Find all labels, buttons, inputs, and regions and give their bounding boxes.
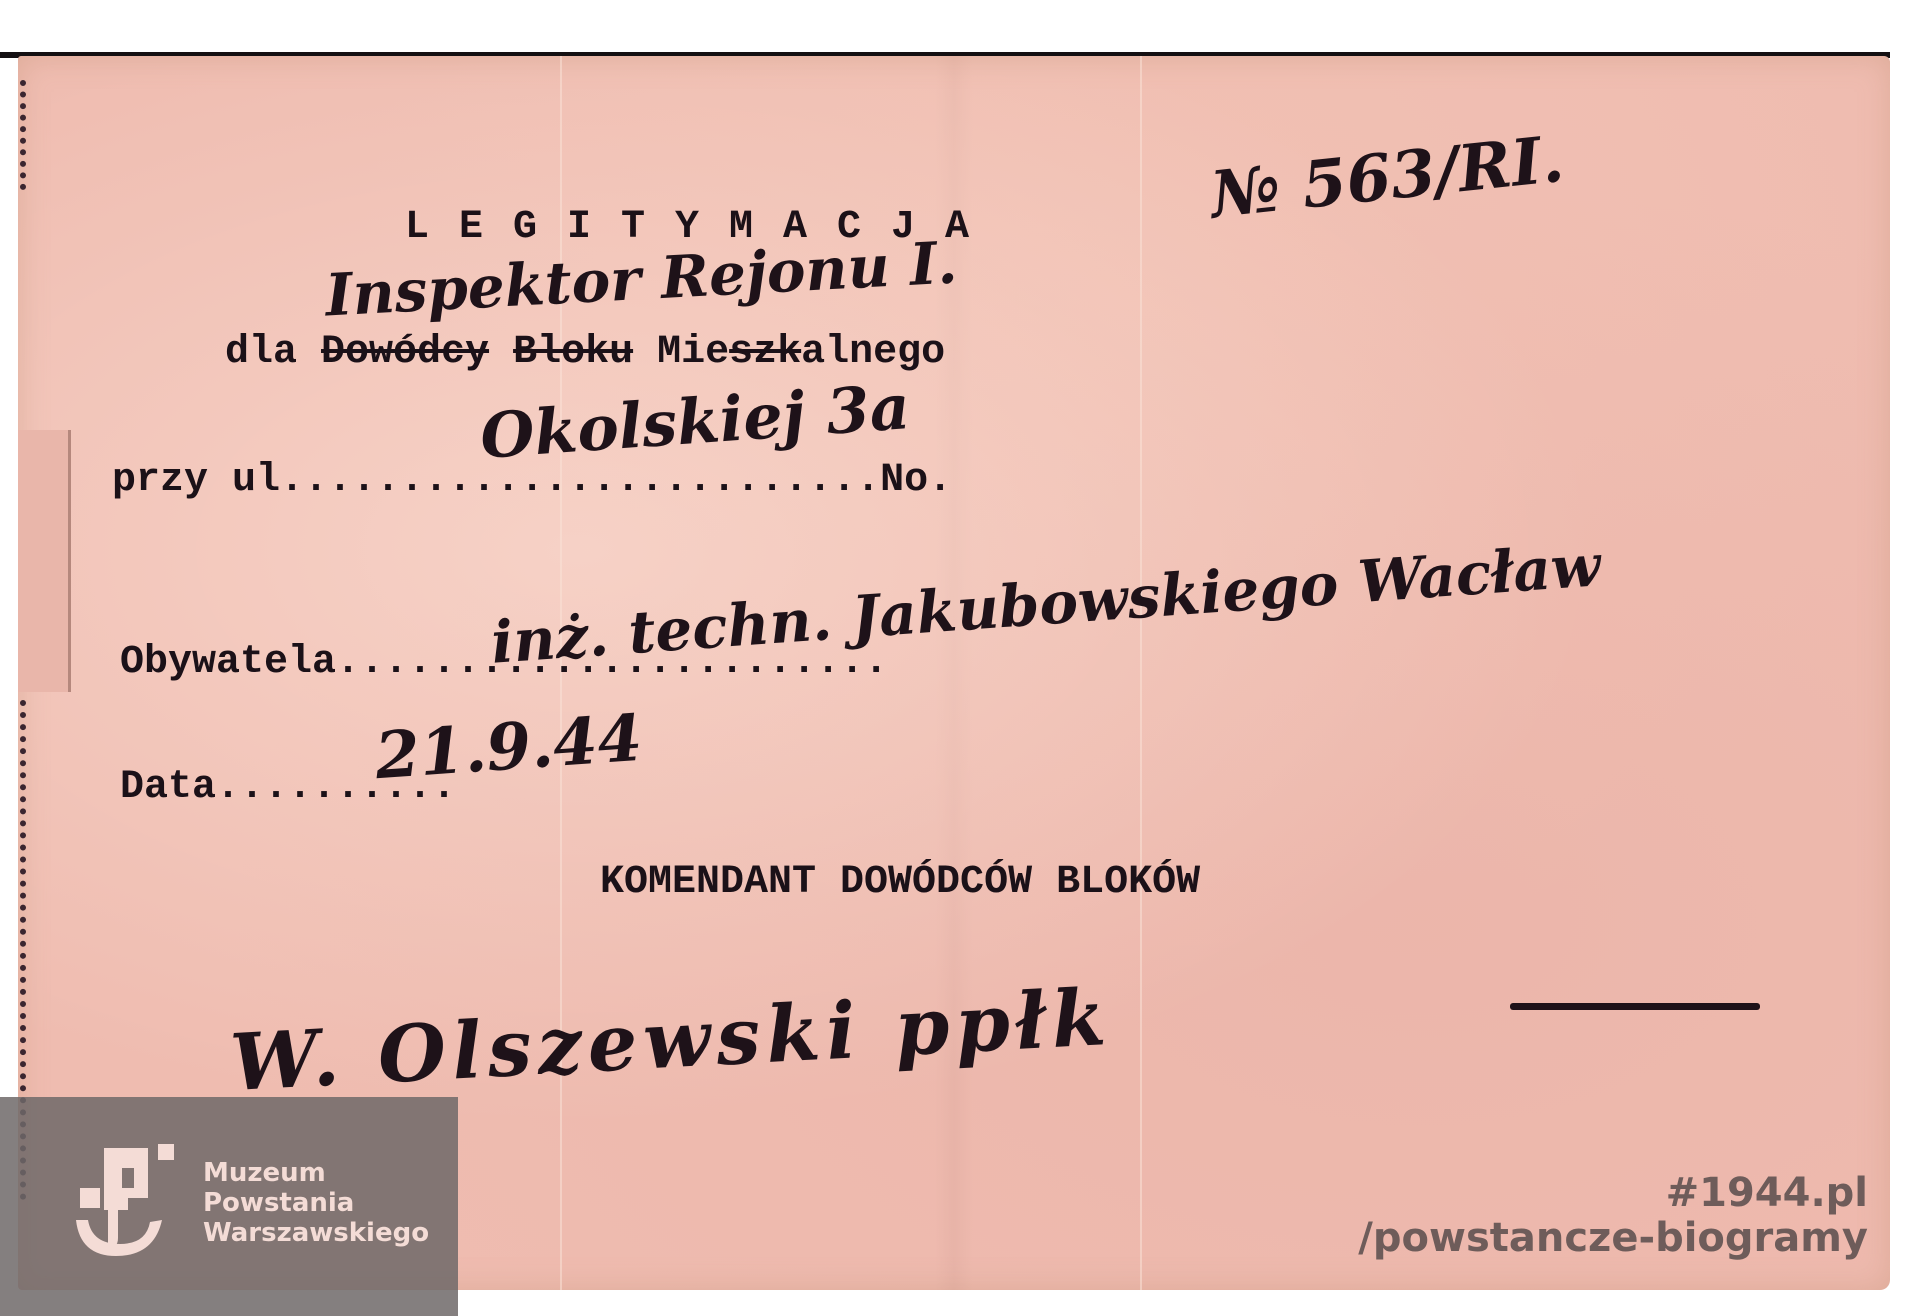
struck-word-part: szk [729,330,801,375]
paper-tear-flap [18,430,71,692]
museum-name: Muzeum Powstania Warszawskiego [203,1158,429,1248]
space [633,330,657,375]
struck-word-dowodcy: Dowódcy [321,330,489,375]
signature-stroke [1510,1003,1760,1010]
citizen-label: Obywatela....................... [120,640,888,685]
watermark-path: /powstancze-biogramy [1358,1215,1868,1261]
kotwica-anchor-icon [62,1140,182,1260]
recipient-prefix: dla [225,330,321,375]
paper-fold-line [1140,56,1142,1290]
watermark-site: #1944.pl [1666,1170,1868,1216]
recipient-line: dla Dowódcy Bloku Mieszkalnego [225,330,945,375]
issuer-title: KOMENDANT DOWÓDCÓW BLOKÓW [600,860,1200,905]
museum-name-line: Muzeum [203,1158,429,1188]
museum-name-line: Warszawskiego [203,1218,429,1248]
word-part: Mie [657,330,729,375]
perforation-dots [20,80,34,190]
date-label: Data.......... [120,765,456,810]
street-label: przy ul.........................No. [112,458,952,503]
word-part: alnego [801,330,945,375]
space [489,330,513,375]
museum-name-line: Powstania [203,1188,429,1218]
struck-word-bloku: Bloku [513,330,633,375]
